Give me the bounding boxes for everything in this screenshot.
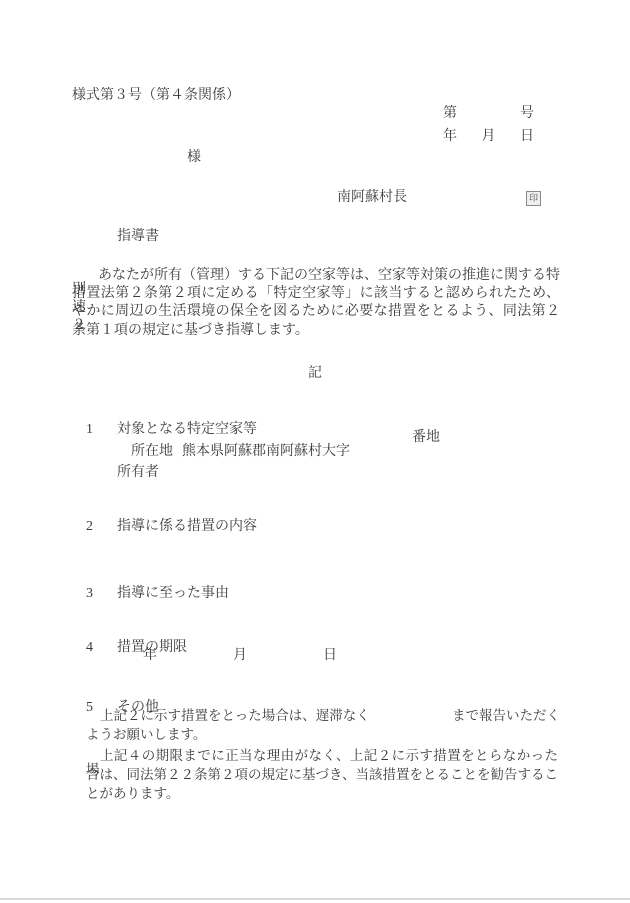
item-5-paragraph-2-line: 合は、同法第２２条第２項の規定に基づき、当該措置をとることを勧告するこ	[86, 768, 558, 782]
document-number-line: 第 号	[443, 107, 534, 121]
location-value: 熊本県阿蘇郡南阿蘇村大字	[182, 444, 350, 459]
item-1-number: 1	[86, 423, 117, 437]
location-suffix: 番地	[412, 431, 440, 445]
seal-mark: 印	[526, 191, 541, 206]
deadline-year: 年	[143, 649, 157, 663]
header-date-day: 日	[520, 130, 534, 144]
document-title: 指導書	[117, 230, 159, 244]
item-5-paragraph-2-line: とがあります。	[86, 787, 179, 801]
document-page: 様式第３号（第４条関係） 第 号 年 月 日 様 南阿蘇村長 印 指導書 あなた…	[0, 0, 630, 903]
ki-heading: 記	[0, 367, 630, 381]
location-label: 所在地	[131, 444, 173, 459]
owner-label: 所有者	[117, 466, 159, 480]
item-4-date-line: 年 月 日	[143, 649, 337, 663]
document-number-prefix: 第	[443, 107, 457, 121]
report-clause-after-blank: まで報告いただく	[452, 709, 560, 723]
header-date-month: 月	[482, 130, 496, 144]
deadline-day: 日	[323, 649, 337, 663]
form-label: 様式第３号（第４条関係）	[72, 89, 240, 103]
intro-line: 条第１項の規定に基づき指導します。	[72, 324, 309, 338]
item-5-paragraph-1-line-1: 上記２に示す措置をとった場合は、遅滞なく まで報告いただく	[100, 709, 560, 723]
addressee-suffix: 様	[187, 151, 201, 165]
item-3-title: 指導に至った事由	[117, 586, 229, 601]
header-date-line: 年 月 日	[443, 130, 534, 144]
header-date-year: 年	[443, 130, 457, 144]
item-5-paragraph-1-line-2: ようお願いします。	[86, 728, 206, 742]
item-2-number: 2	[86, 520, 117, 534]
item-4-number: 4	[86, 641, 117, 655]
sender-title: 南阿蘇村長	[337, 191, 407, 205]
page-bottom-edge	[0, 898, 630, 900]
document-number-suffix: 号	[520, 107, 534, 121]
item-3-number: 3	[86, 587, 117, 601]
item-2: 2指導に係る措置の内容	[72, 506, 257, 548]
item-3: 3指導に至った事由	[72, 573, 229, 615]
report-clause-before-blank: 上記２に示す措置をとった場合は、遅滞なく	[100, 709, 370, 723]
item-2-title: 指導に係る措置の内容	[117, 519, 257, 534]
deadline-month: 月	[233, 649, 247, 663]
